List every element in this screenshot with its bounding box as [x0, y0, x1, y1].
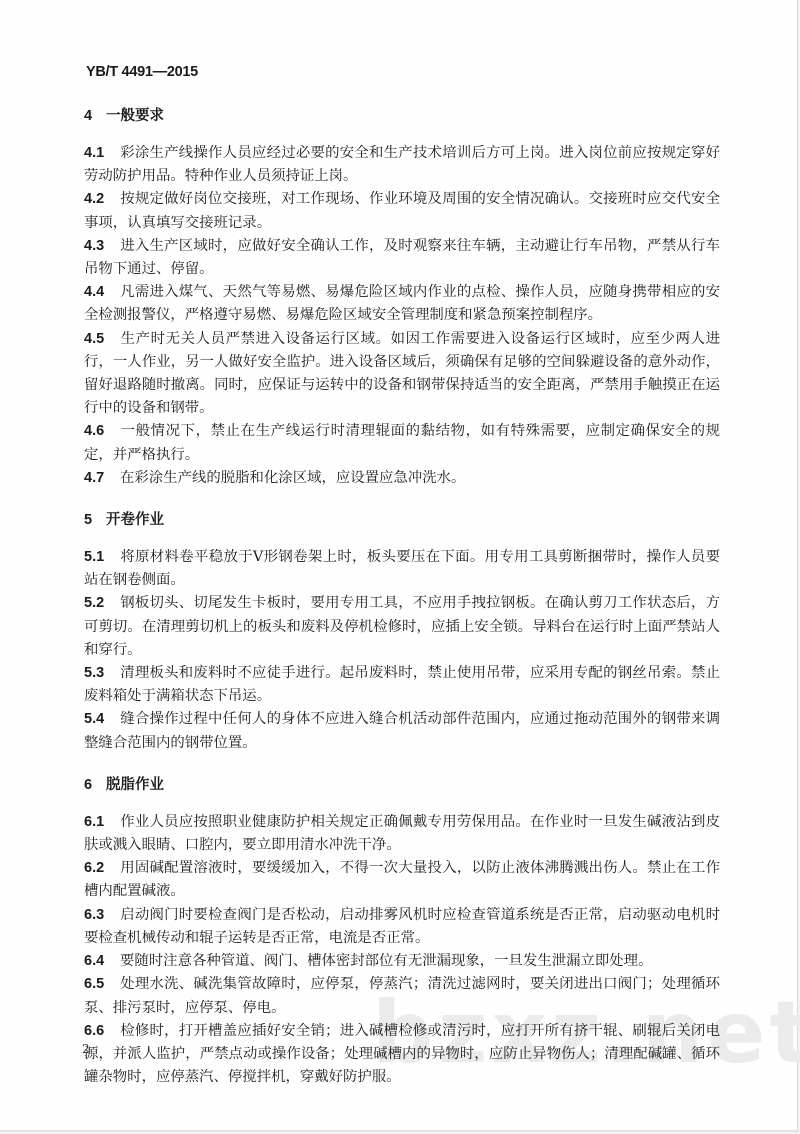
clause-number: 4.6 [84, 420, 120, 443]
clause-number: 4.5 [84, 328, 120, 351]
section-title-text: 开卷作业 [106, 512, 164, 528]
clause-text: 作业人员应按照职业健康防护相关规定正确佩戴专用劳保用品。在作业时一旦发生碱液沾到… [84, 814, 720, 853]
page-number: 2 [82, 1042, 90, 1056]
clause-text: 按规定做好岗位交接班，对工作现场、作业环境及周围的安全情况确认。交接班时应交代安… [84, 191, 720, 230]
clause-number: 5.1 [84, 546, 120, 569]
clause-text: 一般情况下，禁止在生产线运行时清理辊面的黏结物，如有特殊需要，应制定确保安全的规… [84, 423, 720, 462]
clause-6-6: 6.6检修时，打开槽盖应插好安全销；进入碱槽检修或清污时，应打开所有挤干辊、刷辊… [84, 1020, 720, 1090]
clause-text: 凡需进入煤气、天然气等易燃、易爆危险区域内作业的点检、操作人员，应随身携带相应的… [84, 284, 720, 323]
section-heading: 5开卷作业 [84, 509, 720, 532]
clause-4-1: 4.1彩涂生产线操作人员应经过必要的安全和生产技术培训后方可上岗。进入岗位前应按… [84, 142, 720, 188]
clause-6-3: 6.3启动阀门时要检查阀门是否松动，启动排雾风机时应检查管道系统是否正常，启动驱… [84, 904, 720, 950]
section-number: 6 [84, 774, 106, 797]
section-heading: 6脱脂作业 [84, 774, 720, 797]
clause-text: 启动阀门时要检查阀门是否松动，启动排雾风机时应检查管道系统是否正常，启动驱动电机… [84, 907, 720, 946]
clause-text: 生产时无关人员严禁进入设备运行区域。如因工作需要进入设备运行区域时，应至少两人进… [84, 331, 720, 417]
clause-text: 将原材料卷平稳放于V形钢卷架上时，板头要压在下面。用专用工具剪断捆带时，操作人员… [84, 549, 720, 588]
document-page: bzxz.net YB/T 4491—2015 4一般要求 4.1彩涂生产线操作… [0, 0, 798, 1132]
clause-number: 6.2 [84, 857, 120, 880]
section-title-text: 脱脂作业 [106, 777, 164, 793]
clause-number: 4.2 [84, 188, 120, 211]
clause-number: 6.5 [84, 973, 120, 996]
clause-6-5: 6.5处理水洗、碱洗集管故障时，应停泵，停蒸汽；清洗过滤网时，要关闭进出口阀门；… [84, 973, 720, 1019]
section-number: 4 [84, 105, 106, 128]
clause-text: 清理板头和废料时不应徒手进行。起吊废料时，禁止使用吊带，应采用专配的钢丝吊索。禁… [84, 665, 720, 704]
clause-number: 4.1 [84, 142, 120, 165]
clause-6-2: 6.2用固碱配置溶液时，要缓缓加入，不得一次大量投入，以防止液体沸腾溅出伤人。禁… [84, 857, 720, 903]
clause-6-1: 6.1作业人员应按照职业健康防护相关规定正确佩戴专用劳保用品。在作业时一旦发生碱… [84, 811, 720, 857]
clause-text: 处理水洗、碱洗集管故障时，应停泵，停蒸汽；清洗过滤网时，要关闭进出口阀门；处理循… [84, 976, 720, 1015]
clause-4-4: 4.4凡需进入煤气、天然气等易燃、易爆危险区域内作业的点检、操作人员，应随身携带… [84, 281, 720, 327]
clause-5-2: 5.2钢板切头、切尾发生卡板时，要用专用工具，不应用手拽拉钢板。在确认剪刀工作状… [84, 592, 720, 662]
section-5: 5开卷作业 5.1将原材料卷平稳放于V形钢卷架上时，板头要压在下面。用专用工具剪… [84, 509, 720, 755]
section-4: 4一般要求 4.1彩涂生产线操作人员应经过必要的安全和生产技术培训后方可上岗。进… [84, 105, 720, 490]
clause-text: 进入生产区域时，应做好安全确认工作，及时观察来往车辆，主动避让行车吊物，严禁从行… [84, 238, 720, 277]
clause-number: 5.2 [84, 592, 120, 615]
clause-5-1: 5.1将原材料卷平稳放于V形钢卷架上时，板头要压在下面。用专用工具剪断捆带时，操… [84, 546, 720, 592]
clause-number: 6.6 [84, 1020, 120, 1043]
clause-number: 4.4 [84, 281, 120, 304]
clause-text: 检修时，打开槽盖应插好安全销；进入碱槽检修或清污时，应打开所有挤干辊、刷辊后关闭… [84, 1023, 720, 1085]
clause-text: 钢板切头、切尾发生卡板时，要用专用工具，不应用手拽拉钢板。在确认剪刀工作状态后，… [84, 595, 720, 657]
section-heading: 4一般要求 [84, 105, 720, 128]
clause-text: 要随时注意各种管道、阀门、槽体密封部位有无泄漏现象，一旦发生泄漏立即处理。 [120, 953, 652, 969]
clause-4-6: 4.6一般情况下，禁止在生产线运行时清理辊面的黏结物，如有特殊需要，应制定确保安… [84, 420, 720, 466]
clause-number: 5.3 [84, 662, 120, 685]
clause-text: 用固碱配置溶液时，要缓缓加入，不得一次大量投入，以防止液体沸腾溅出伤人。禁止在工… [84, 860, 720, 899]
clause-number: 5.4 [84, 708, 120, 731]
clause-number: 4.3 [84, 235, 120, 258]
clause-number: 4.7 [84, 467, 120, 490]
clause-4-2: 4.2按规定做好岗位交接班，对工作现场、作业环境及周围的安全情况确认。交接班时应… [84, 188, 720, 234]
clause-5-4: 5.4缝合操作过程中任何人的身体不应进入缝合机活动部件范围内，应通过拖动范围外的… [84, 708, 720, 754]
section-title-text: 一般要求 [106, 108, 164, 124]
clause-4-7: 4.7在彩涂生产线的脱脂和化涂区域，应设置应急冲洗水。 [84, 467, 720, 490]
clause-text: 缝合操作过程中任何人的身体不应进入缝合机活动部件范围内，应通过拖动范围外的钢带来… [84, 711, 720, 750]
clause-text: 在彩涂生产线的脱脂和化涂区域，应设置应急冲洗水。 [120, 470, 465, 486]
clause-number: 6.1 [84, 811, 120, 834]
clause-4-3: 4.3进入生产区域时，应做好安全确认工作，及时观察来往车辆，主动避让行车吊物，严… [84, 235, 720, 281]
section-6: 6脱脂作业 6.1作业人员应按照职业健康防护相关规定正确佩戴专用劳保用品。在作业… [84, 774, 720, 1089]
clause-5-3: 5.3清理板头和废料时不应徒手进行。起吊废料时，禁止使用吊带，应采用专配的钢丝吊… [84, 662, 720, 708]
document-body: 4一般要求 4.1彩涂生产线操作人员应经过必要的安全和生产技术培训后方可上岗。进… [84, 105, 720, 1108]
clause-text: 彩涂生产线操作人员应经过必要的安全和生产技术培训后方可上岗。进入岗位前应按规定穿… [84, 145, 720, 184]
clause-number: 6.3 [84, 904, 120, 927]
standard-code-header: YB/T 4491—2015 [86, 64, 198, 80]
section-number: 5 [84, 509, 106, 532]
clause-number: 6.4 [84, 950, 120, 973]
clause-6-4: 6.4要随时注意各种管道、阀门、槽体密封部位有无泄漏现象，一旦发生泄漏立即处理。 [84, 950, 720, 973]
clause-4-5: 4.5生产时无关人员严禁进入设备运行区域。如因工作需要进入设备运行区域时，应至少… [84, 328, 720, 421]
